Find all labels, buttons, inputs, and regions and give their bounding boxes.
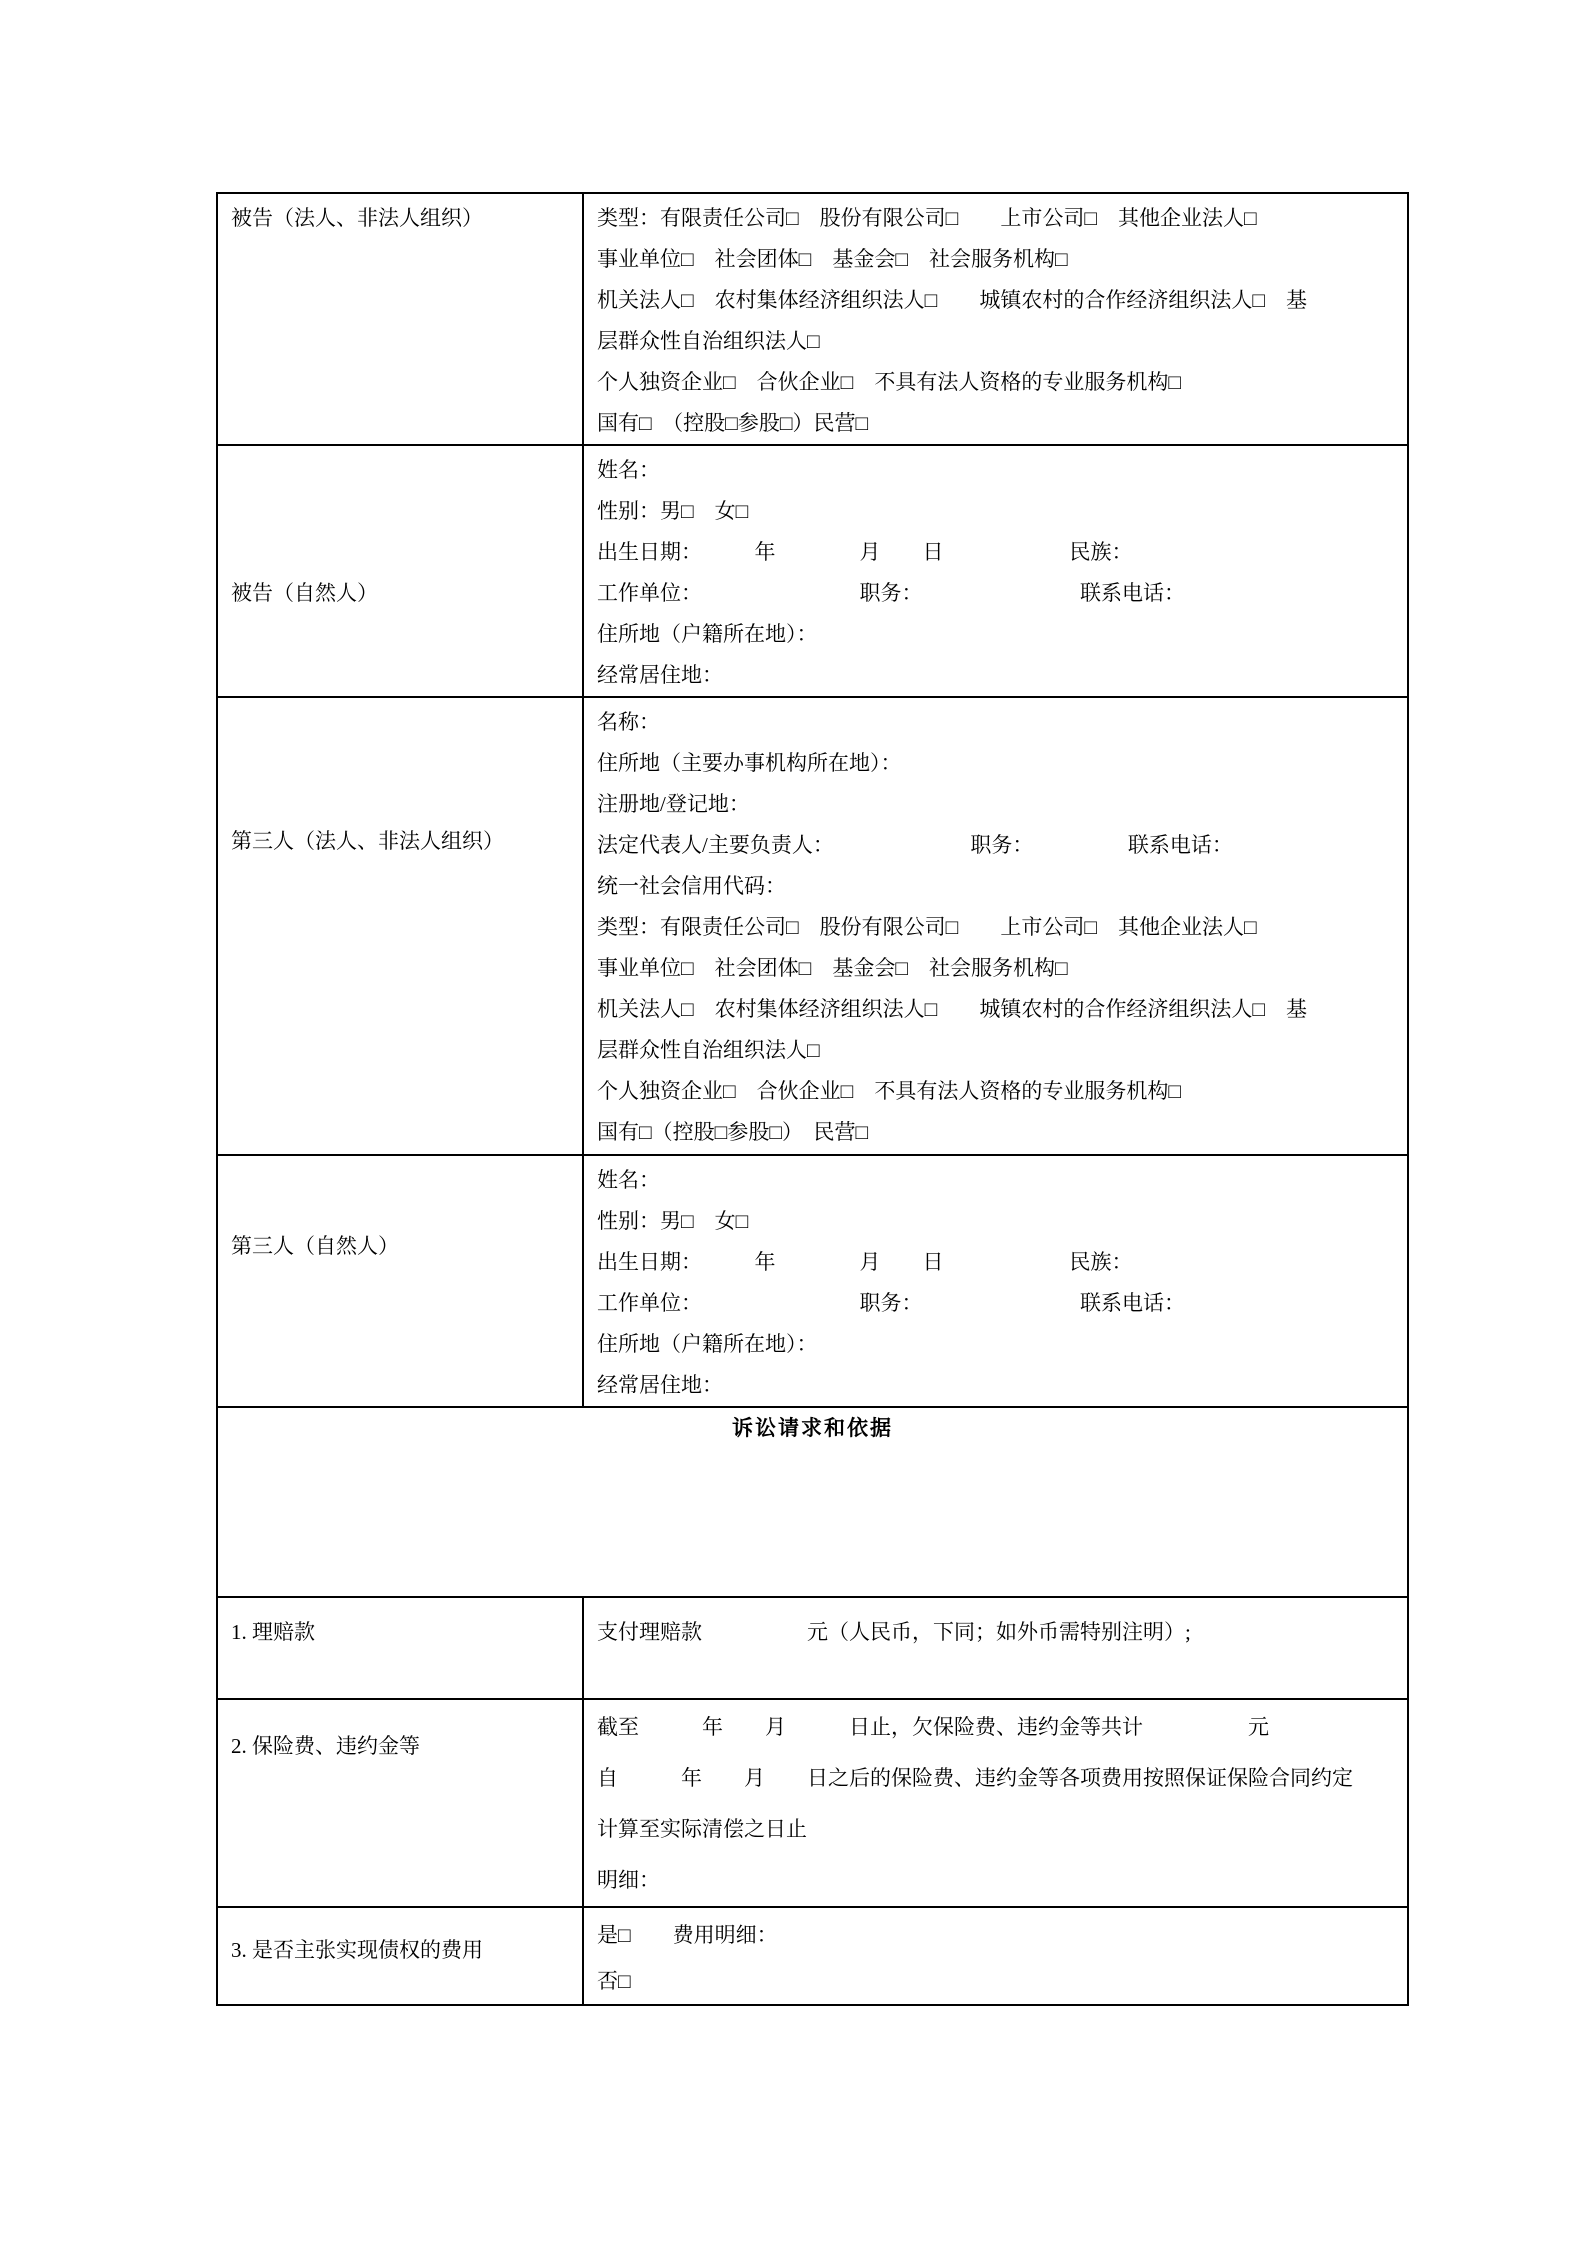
thirdparty-person-fields: 姓名： 性别：男□ 女□ 出生日期： 年 月 日 民族： 工作单位： 职务： 联… (583, 1155, 1408, 1407)
row-defendant-organization: 被告（法人、非法人组织） 类型：有限责任公司□ 股份有限公司□ 上市公司□ 其他… (217, 193, 1408, 445)
row-premium-penalty: 2. 保险费、违约金等 截至 年 月 日止，欠保险费、违约金等共计 元 自 年 … (217, 1699, 1408, 1907)
debt-realization-costs-fields: 是□ 费用明细： 否□ (583, 1907, 1408, 2005)
row-thirdparty-organization: 第三人（法人、非法人组织） 名称： 住所地（主要办事机构所在地）： 注册地/登记… (217, 697, 1408, 1155)
defendant-organization-type-checkboxes: 类型：有限责任公司□ 股份有限公司□ 上市公司□ 其他企业法人□ 事业单位□ 社… (583, 193, 1408, 445)
defendant-person-label: 被告（自然人） (217, 445, 583, 697)
claim-payment-fields: 支付理赔款 元（人民币，下同；如外币需特别注明）; (583, 1597, 1408, 1699)
claim-payment-label: 1. 理赔款 (217, 1597, 583, 1699)
lawsuit-form-table: 被告（法人、非法人组织） 类型：有限责任公司□ 股份有限公司□ 上市公司□ 其他… (216, 192, 1409, 2006)
row-defendant-person: 被告（自然人） 姓名： 性别：男□ 女□ 出生日期： 年 月 日 民族： 工作单… (217, 445, 1408, 697)
premium-penalty-label: 2. 保险费、违约金等 (217, 1699, 583, 1907)
section-title-claims-and-basis: 诉讼请求和依据 (217, 1407, 1408, 1597)
row-thirdparty-person: 第三人（自然人） 姓名： 性别：男□ 女□ 出生日期： 年 月 日 民族： 工作… (217, 1155, 1408, 1407)
row-claim-payment: 1. 理赔款 支付理赔款 元（人民币，下同；如外币需特别注明）; (217, 1597, 1408, 1699)
document-page: 被告（法人、非法人组织） 类型：有限责任公司□ 股份有限公司□ 上市公司□ 其他… (0, 0, 1587, 2245)
defendant-person-fields: 姓名： 性别：男□ 女□ 出生日期： 年 月 日 民族： 工作单位： 职务： 联… (583, 445, 1408, 697)
thirdparty-organization-label: 第三人（法人、非法人组织） (217, 697, 583, 1155)
thirdparty-organization-fields: 名称： 住所地（主要办事机构所在地）： 注册地/登记地： 法定代表人/主要负责人… (583, 697, 1408, 1155)
row-debt-realization-costs: 3. 是否主张实现债权的费用 是□ 费用明细： 否□ (217, 1907, 1408, 2005)
defendant-organization-label: 被告（法人、非法人组织） (217, 193, 583, 445)
thirdparty-person-label: 第三人（自然人） (217, 1155, 583, 1407)
debt-realization-costs-label: 3. 是否主张实现债权的费用 (217, 1907, 583, 2005)
premium-penalty-fields: 截至 年 月 日止，欠保险费、违约金等共计 元 自 年 月 日之后的保险费、违约… (583, 1699, 1408, 1907)
row-section-header: 诉讼请求和依据 (217, 1407, 1408, 1597)
